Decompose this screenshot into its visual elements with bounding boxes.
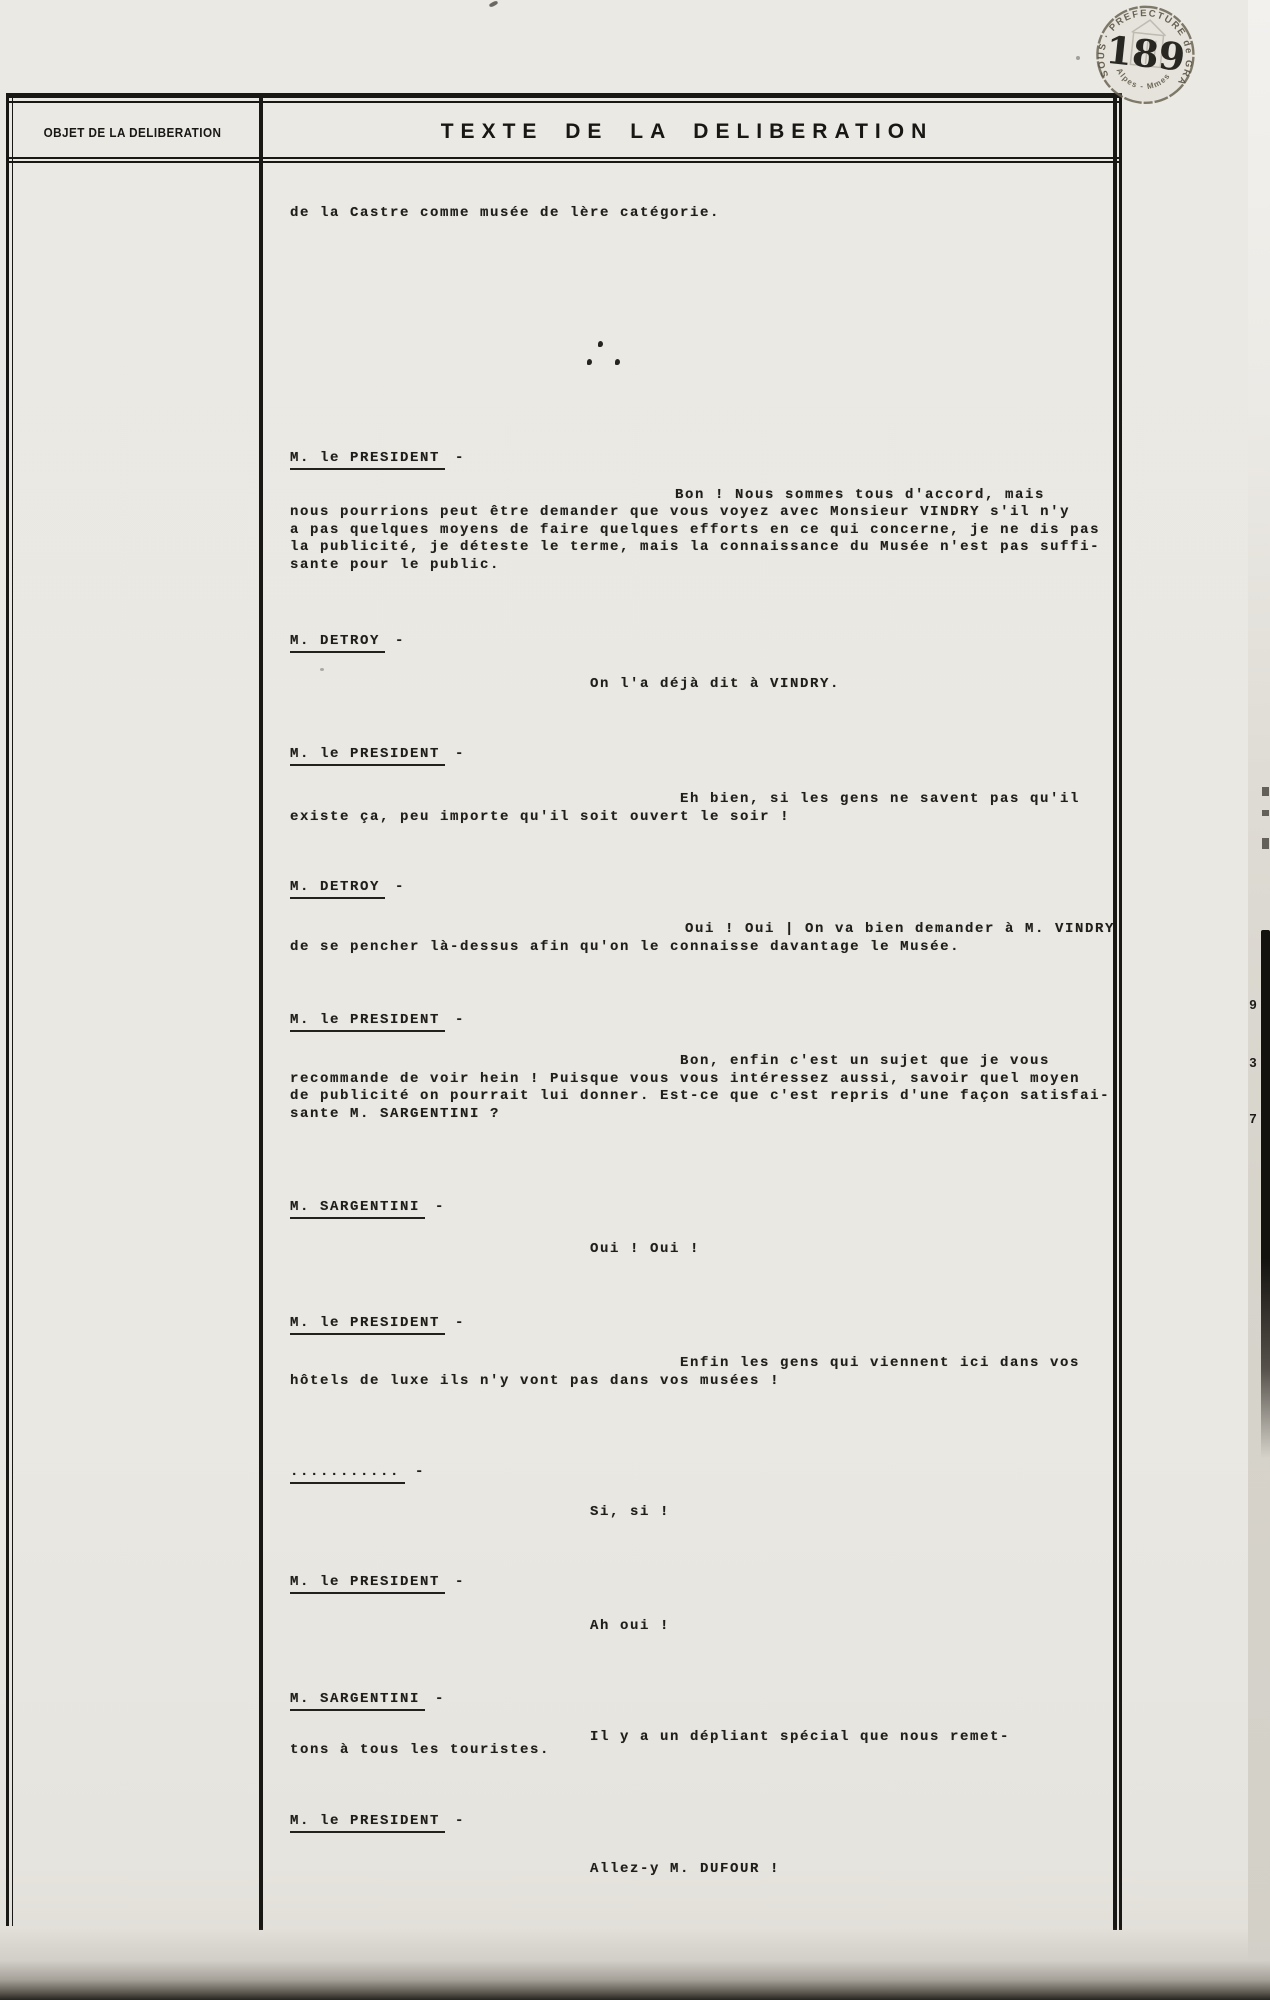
speaker-dash: - [445, 1315, 465, 1331]
speaker-heading: M. DETROY - [290, 633, 405, 649]
header-objet-title: OBJET DE LA DELIBERATION [19, 108, 247, 156]
speaker-name: M. le PRESIDENT [290, 1574, 445, 1594]
header-rule-lower [6, 161, 1122, 163]
table-border-right-outer [1119, 93, 1122, 1930]
table-border-right-inner [1113, 93, 1117, 1930]
speaker-name: M. le PRESIDENT [290, 1315, 445, 1335]
edge-digit: 9 [1246, 998, 1260, 1012]
edge-digit: 3 [1246, 1056, 1260, 1070]
edge-black-bar-fade [1261, 1258, 1270, 1458]
text-line: Enfin les gens qui viennent ici dans vos [680, 1355, 1080, 1371]
speaker-heading: M. le PRESIDENT - [290, 1315, 465, 1331]
speaker-name: M. DETROY [290, 879, 385, 899]
speaker-name: M. DETROY [290, 633, 385, 653]
speaker-heading: M. SARGENTINI - [290, 1199, 445, 1215]
speaker-dash: - [405, 1464, 425, 1480]
speaker-heading: ........... - [290, 1464, 425, 1480]
stamp-graphic: SOUS · PREFECTURE de GRASSE Alpes - Mmes… [1079, 0, 1216, 130]
speaker-heading: M. le PRESIDENT - [290, 1012, 465, 1028]
speaker-heading: M. le PRESIDENT - [290, 1813, 465, 1829]
speaker-heading: M. SARGENTINI - [290, 1691, 445, 1707]
speaker-dash: - [445, 746, 465, 762]
speaker-dash: - [385, 633, 405, 649]
table-border-left-outer [6, 93, 9, 1926]
column-divider [259, 93, 263, 1930]
edge-digit: 7 [1246, 1112, 1260, 1126]
speaker-heading: M. le PRESIDENT - [290, 1574, 465, 1590]
separator-dot [615, 359, 620, 365]
bottom-scan-band [0, 1928, 1270, 2000]
speaker-dash: - [445, 1813, 465, 1829]
speaker-heading: M. le PRESIDENT - [290, 450, 465, 466]
text-line: Si, si ! [590, 1504, 670, 1520]
text-column: de la Castre comme musée de lère catégor… [0, 0, 1270, 2000]
text-line: la publicité, je déteste le terme, mais … [290, 539, 1100, 555]
header-texte-label: TEXTE DE LA DELIBERATION [441, 120, 934, 144]
text-line: Allez-y M. DUFOUR ! [590, 1861, 780, 1877]
speaker-name: M. le PRESIDENT [290, 1813, 445, 1833]
separator-dot [587, 359, 592, 365]
text-line: de la Castre comme musée de lère catégor… [290, 205, 720, 221]
text-line: hôtels de luxe ils n'y vont pas dans vos… [290, 1373, 780, 1389]
speaker-dash: - [445, 1574, 465, 1590]
text-line: Il y a un dépliant spécial que nous reme… [590, 1729, 1010, 1745]
text-line: tons à tous les touristes. [290, 1742, 550, 1758]
text-line: Oui ! Oui | On va bien demander à M. VIN… [685, 921, 1115, 937]
edge-black-bar [1261, 930, 1270, 1260]
scanned-page: { "stamp": { "arc_text": "SOUS · PREFECT… [0, 0, 1270, 2000]
edge-mark [1262, 838, 1269, 849]
header-rule-upper [6, 157, 1122, 159]
table-border-top-thin [6, 101, 1122, 103]
speaker-dash: - [445, 1012, 465, 1028]
speaker-name: M. le PRESIDENT [290, 746, 445, 766]
speaker-name: M. le PRESIDENT [290, 1012, 445, 1032]
text-line: Ah oui ! [590, 1618, 670, 1634]
speaker-dash: - [445, 450, 465, 466]
text-line: recommande de voir hein ! Puisque vous v… [290, 1071, 1080, 1087]
text-line: Bon ! Nous sommes tous d'accord, mais [675, 487, 1045, 503]
header-texte-title: TEXTE DE LA DELIBERATION [261, 108, 1113, 156]
header-objet-label: OBJET DE LA DELIBERATION [44, 125, 222, 140]
text-line: Eh bien, si les gens ne savent pas qu'il [680, 791, 1080, 807]
speaker-heading: M. DETROY - [290, 879, 405, 895]
text-line: nous pourrions peut être demander que vo… [290, 504, 1070, 520]
speaker-heading: M. le PRESIDENT - [290, 746, 465, 762]
speaker-name: ........... [290, 1464, 405, 1484]
text-line: existe ça, peu importe qu'il soit ouvert… [290, 809, 790, 825]
edge-mark [1262, 810, 1269, 816]
text-line: de se pencher là-dessus afin qu'on le co… [290, 939, 960, 955]
speaker-dash: - [425, 1199, 445, 1215]
text-line: sante M. SARGENTINI ? [290, 1106, 500, 1122]
speaker-dash: - [425, 1691, 445, 1707]
speaker-name: M. SARGENTINI [290, 1691, 425, 1711]
text-line: Bon, enfin c'est un sujet que je vous [680, 1053, 1050, 1069]
stamp-number: 189 [1104, 27, 1188, 80]
text-line: de publicité on pourrait lui donner. Est… [290, 1088, 1110, 1104]
prefecture-stamp: SOUS · PREFECTURE de GRASSE Alpes - Mmes… [1079, 0, 1216, 130]
speaker-name: M. SARGENTINI [290, 1199, 425, 1219]
text-line: On l'a déjà dit à VINDRY. [590, 676, 840, 692]
text-line: sante pour le public. [290, 557, 500, 573]
speaker-dash: - [385, 879, 405, 895]
speaker-name: M. le PRESIDENT [290, 450, 445, 470]
edge-mark [1262, 787, 1269, 796]
text-line: Oui ! Oui ! [590, 1241, 700, 1257]
table-border-top-thick [6, 93, 1122, 98]
separator-dot [598, 341, 603, 347]
table-border-left-inner [12, 96, 13, 1926]
text-line: a pas quelques moyens de faire quelques … [290, 522, 1100, 538]
